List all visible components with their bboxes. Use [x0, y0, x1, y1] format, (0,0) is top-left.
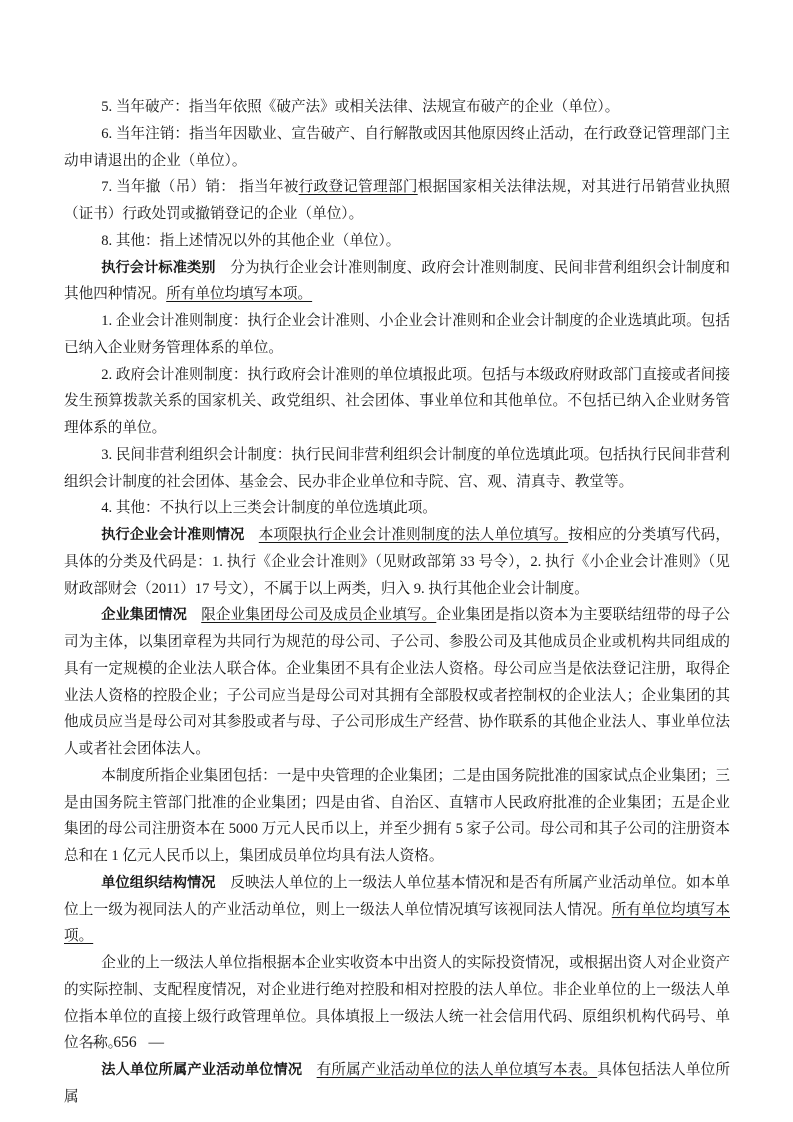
paragraph: 1. 企业会计准则制度：执行企业会计准则、小企业会计准则和企业会计制度的企业选填… — [64, 308, 730, 362]
text-segment: 2. 政府会计准则制度：执行政府会计准则的单位填报此项。包括与本级政府财政部门直… — [64, 367, 730, 437]
text-segment: 3. 民间非营利组织会计制度：执行民间非营利组织会计制度的单位选填此项。包括执行… — [64, 447, 730, 490]
underlined-phrase: 行政登记管理部门 — [299, 179, 418, 195]
term-heading: 执行企业会计准则情况 — [101, 527, 259, 543]
text-segment: 5. 当年破产：指当年依照《破产法》或相关法律、法规宣布破产的企业（单位）。 — [101, 99, 619, 115]
text-segment: 6. 当年注销：指当年因歇业、宣告破产、自行解散或因其他原因终止活动，在行政登记… — [64, 126, 730, 169]
text-segment: 1. 企业会计准则制度：执行企业会计准则、小企业会计准则和企业会计制度的企业选填… — [64, 313, 730, 356]
page-number: — 656 — — [86, 1034, 164, 1052]
text-segment: 本制度所指企业集团包括：一是中央管理的企业集团；二是由国务院批准的国家试点企业集… — [64, 768, 730, 864]
paragraph: 4. 其他：不执行以上三类会计制度的单位选填此项。 — [64, 495, 730, 522]
paragraph: 企业集团情况 限企业集团母公司及成员企业填写。企业集团是指以资本为主要联结纽带的… — [64, 602, 730, 763]
paragraph: 法人单位所属产业活动单位情况 有所属产业活动单位的法人单位填写本表。具体包括法人… — [64, 1057, 730, 1111]
text-segment: 8. 其他：指上述情况以外的其他企业（单位）。 — [101, 233, 400, 249]
paragraph: 执行企业会计准则情况 本项限执行企业会计准则制度的法人单位填写。按相应的分类填写… — [64, 522, 730, 602]
paragraph: 执行会计标准类别 分为执行企业会计准则制度、政府会计准则制度、民间非营利组织会计… — [64, 255, 730, 309]
underlined-phrase: 限企业集团母公司及成员企业填写。 — [201, 607, 436, 623]
term-heading: 法人单位所属产业活动单位情况 — [101, 1062, 316, 1078]
document-page: 5. 当年破产：指当年依照《破产法》或相关法律、法规宣布破产的企业（单位）。 6… — [0, 0, 793, 1122]
underlined-phrase: 所有单位均填写本项。 — [166, 286, 312, 302]
term-heading: 执行会计标准类别 — [101, 260, 215, 276]
paragraph: 2. 政府会计准则制度：执行政府会计准则的单位填报此项。包括与本级政府财政部门直… — [64, 362, 730, 442]
text-segment: 企业集团是指以资本为主要联结纽带的母子公司为主体，以集团章程为共同行为规范的母公… — [64, 607, 730, 757]
underlined-phrase: 本项限执行企业会计准则制度的法人单位填写。 — [259, 527, 568, 543]
paragraph: 6. 当年注销：指当年因歇业、宣告破产、自行解散或因其他原因终止活动，在行政登记… — [64, 121, 730, 175]
paragraph: 单位组织结构情况 反映法人单位的上一级法人单位基本情况和是否有所属产业活动单位。… — [64, 870, 730, 950]
paragraph: 3. 民间非营利组织会计制度：执行民间非营利组织会计制度的单位选填此项。包括执行… — [64, 442, 730, 496]
term-heading: 单位组织结构情况 — [101, 875, 215, 891]
text-segment: 7. 当年撤（吊）销： 指当年被 — [101, 179, 298, 195]
paragraph: 本制度所指企业集团包括：一是中央管理的企业集团；二是由国务院批准的国家试点企业集… — [64, 763, 730, 870]
underlined-phrase: 有所属产业活动单位的法人单位填写本表。 — [317, 1062, 598, 1078]
paragraph: 8. 其他：指上述情况以外的其他企业（单位）。 — [64, 228, 730, 255]
term-heading: 企业集团情况 — [101, 607, 201, 623]
paragraph: 7. 当年撤（吊）销： 指当年被行政登记管理部门根据国家相关法律法规，对其进行吊… — [64, 174, 730, 228]
text-segment: 4. 其他：不执行以上三类会计制度的单位选填此项。 — [101, 500, 437, 516]
document-body: 5. 当年破产：指当年依照《破产法》或相关法律、法规宣布破产的企业（单位）。 6… — [64, 94, 730, 1111]
paragraph: 5. 当年破产：指当年依照《破产法》或相关法律、法规宣布破产的企业（单位）。 — [64, 94, 730, 121]
